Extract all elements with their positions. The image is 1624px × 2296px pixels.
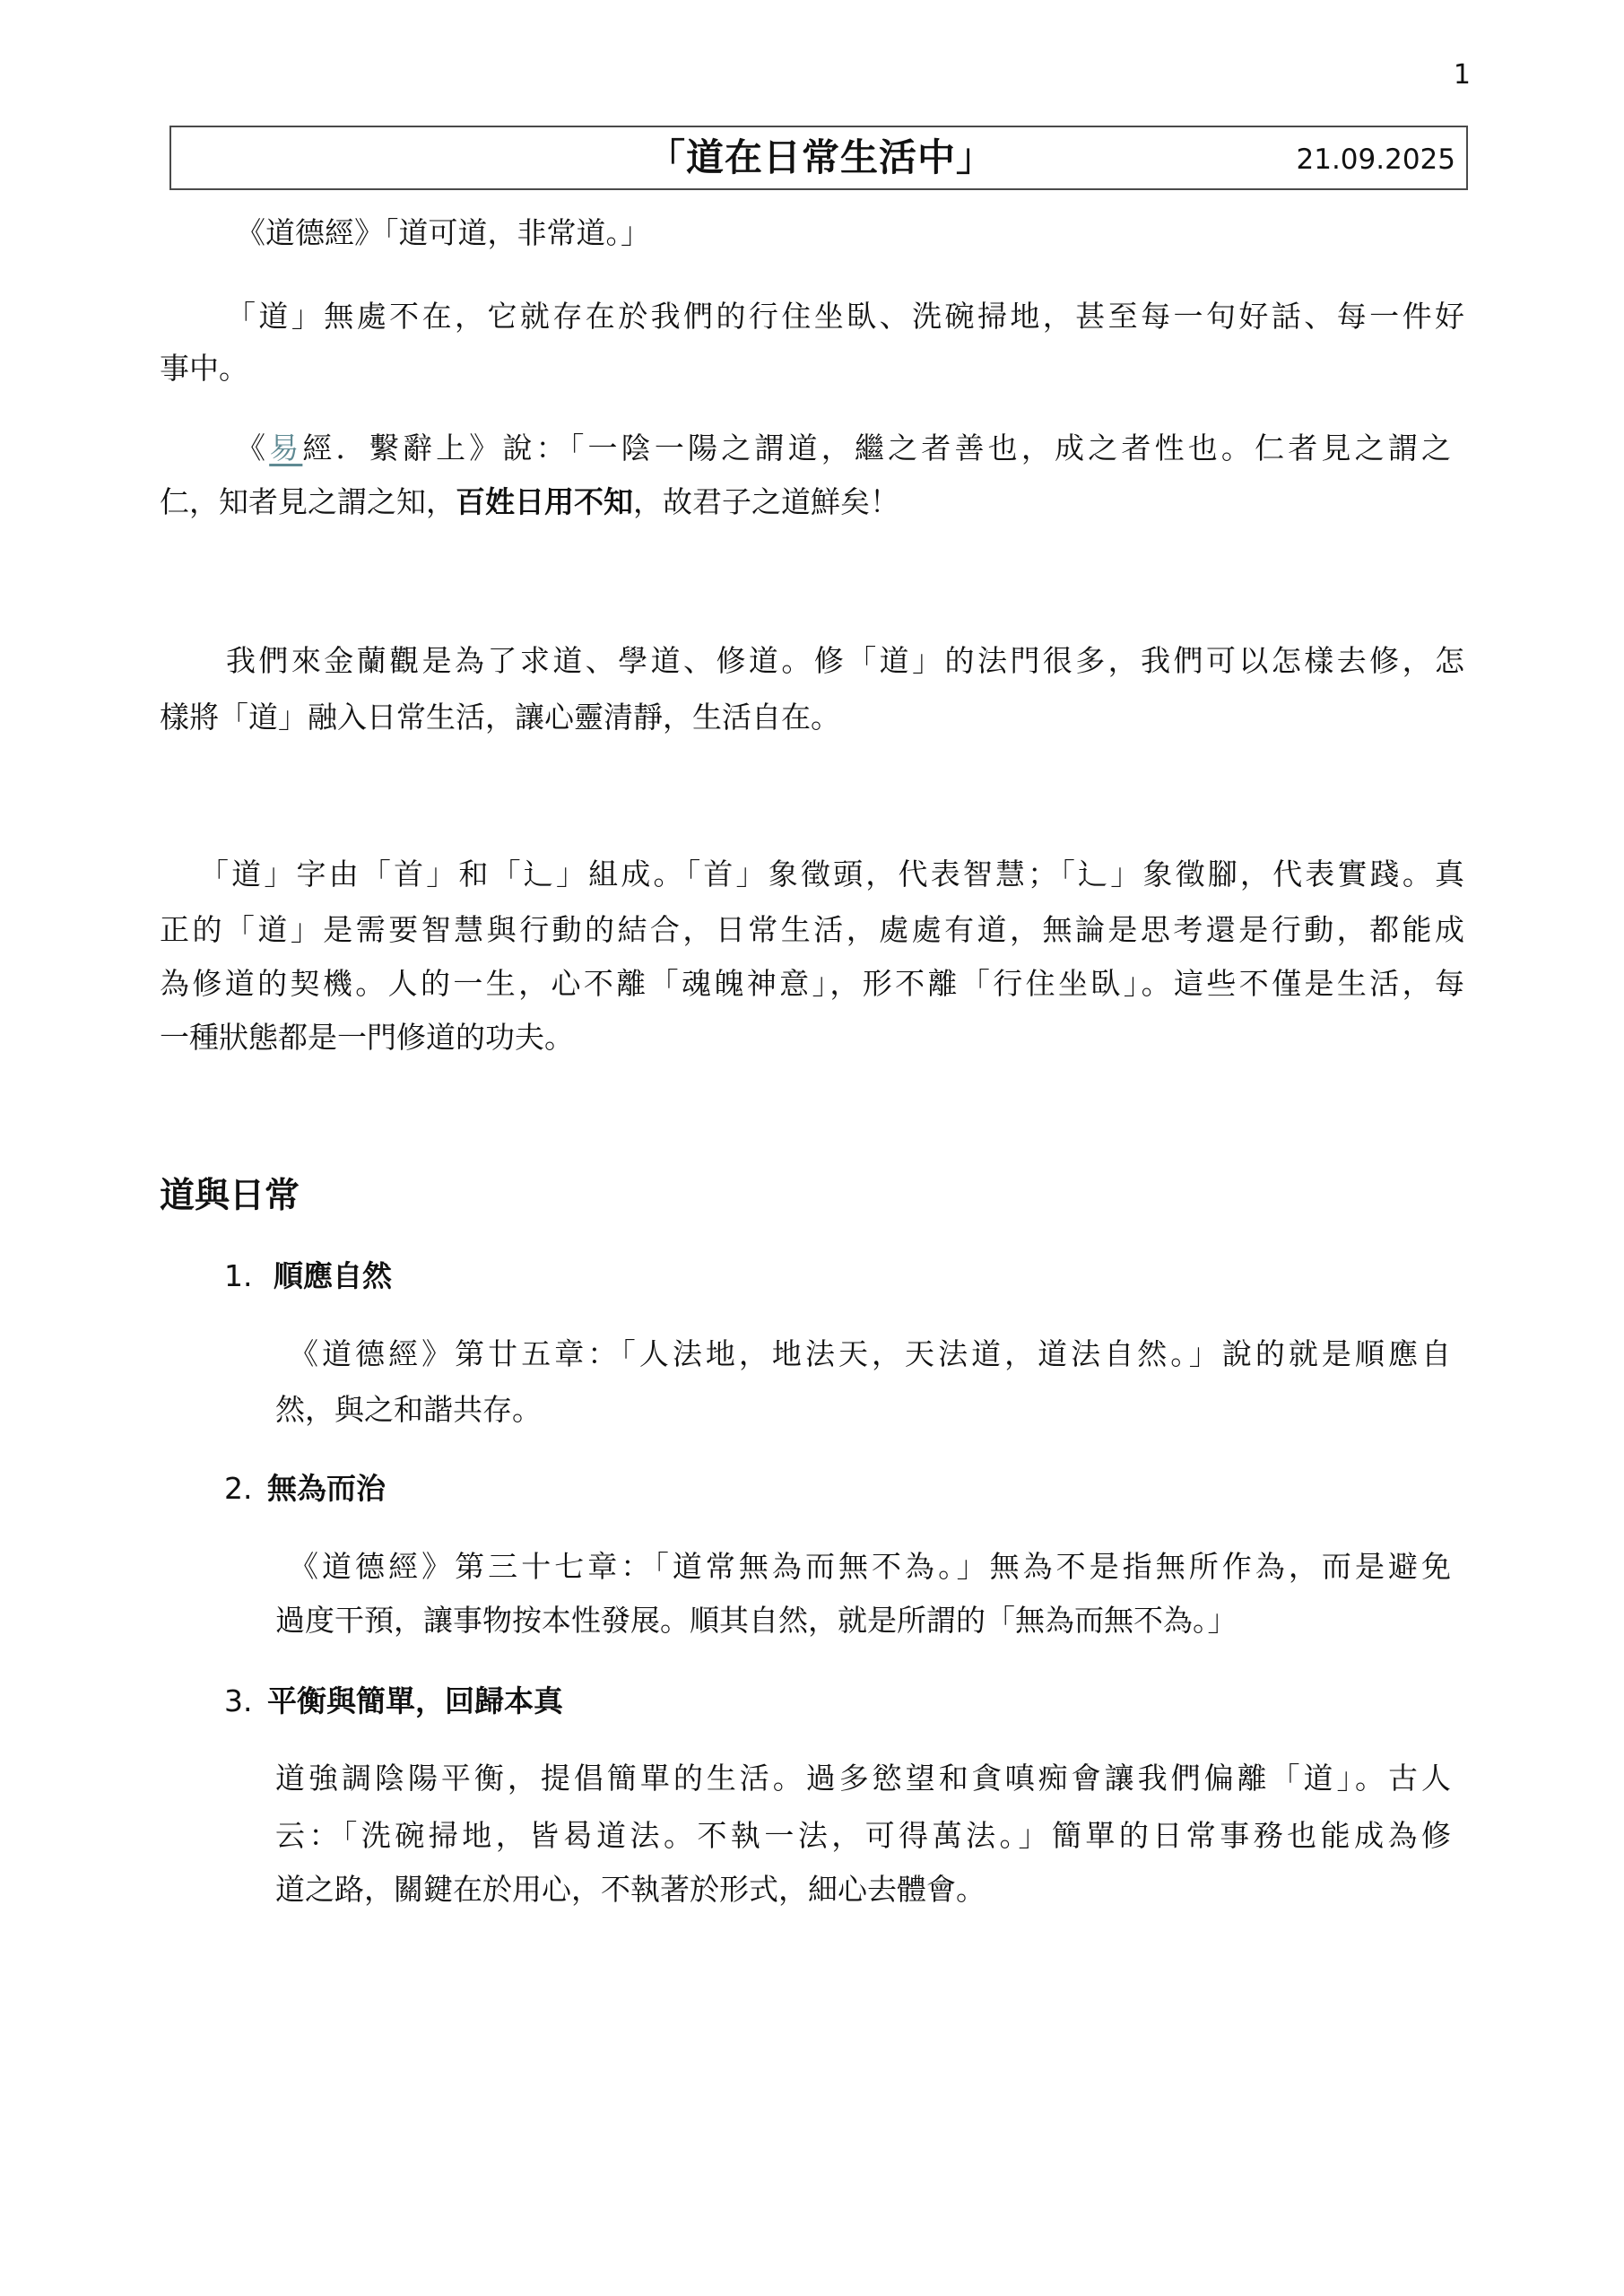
text-line: 仁，知者見之謂之知，百姓日用不知，故君子之道鮮矣！: [160, 480, 899, 525]
text-segment: 仁，知者見之謂之知，: [160, 484, 456, 519]
text-segment: ，故君子之道鮮矣！: [633, 484, 899, 519]
text-line: 「道」無處不在，它就存在於我們的行住坐臥、洗碗掃地，甚至每一句好話、每一件好: [226, 294, 1464, 339]
text-line: 道強調陰陽平衡，提倡簡單的生活。過多慾望和貪嗔痴會讓我們偏離「道」。古人: [275, 1756, 1451, 1801]
text-line: 事中。: [160, 346, 248, 391]
text-line: 正的「道」是需要智慧與行動的結合，日常生活，處處有道，無論是思考還是行動，都能成: [160, 908, 1464, 952]
text-line: 為修道的契機。人的一生，心不離「魂魄神意」，形不離「行住坐臥」。這些不僅是生活，…: [160, 961, 1464, 1006]
list-item-label: 順應自然: [274, 1254, 392, 1299]
title-box: 「道在日常生活中」 21.09.2025: [169, 126, 1468, 190]
text-line: 《道德經》第三十七章：「道常無為而無不為。」無為不是指無所作為，而是避免: [289, 1544, 1451, 1589]
list-item-label: 無為而治: [267, 1466, 386, 1511]
list-item-number: 3.: [224, 1679, 253, 1724]
text-line: 《易經．繫辭上》說：「一陰一陽之謂道，繼之者善也，成之者性也。仁者見之謂之: [236, 426, 1451, 471]
page-title: 「道在日常生活中」: [647, 133, 1006, 183]
list-item-title: 1. 順應自然: [224, 1254, 583, 1299]
yi-link[interactable]: 易: [269, 430, 302, 465]
text-line: 樣將「道」融入日常生活，讓心靈清靜，生活自在。: [160, 695, 840, 740]
list-item-label: 平衡與簡單，回歸本真: [267, 1679, 563, 1724]
page-number: 1: [1444, 57, 1471, 93]
text-line: 「道」字由「首」和「⻌」組成。「首」象徵頭，代表智慧；「⻌」象徵腳，代表實踐。真: [199, 852, 1464, 897]
list-item-title: 2. 無為而治: [224, 1466, 583, 1511]
text-line: 云：「洗碗掃地，皆曷道法。不執一法，可得萬法。」簡單的日常事務也能成為修: [275, 1813, 1451, 1858]
bold-phrase: 百姓日用不知: [456, 484, 633, 519]
document-date: 21.09.2025: [1297, 142, 1456, 178]
text-segment: 經．繫辭上》說：「一陰一陽之謂道，繼之者善也，成之者性也。仁者見之謂之: [302, 430, 1451, 465]
text-line: 過度干預，讓事物按本性發展。順其自然，就是所謂的「無為而無不為。」: [275, 1598, 1238, 1643]
text-line: 《道德經》第廿五章：「人法地，地法天，天法道，道法自然。」說的就是順應自: [289, 1332, 1451, 1377]
text-line: 一種狀態都是一門修道的功夫。: [160, 1015, 574, 1060]
text-segment: 《: [236, 430, 269, 465]
text-line: 然，與之和諧共存。: [275, 1387, 542, 1432]
text-line: 我們來金蘭觀是為了求道、學道、修道。修「道」的法門很多，我們可以怎樣去修，怎: [226, 639, 1464, 683]
text-line: 道之路，關鍵在於用心，不執著於形式，細心去體會。: [275, 1867, 986, 1912]
section-heading: 道與日常: [160, 1171, 300, 1222]
list-item-number: 2.: [224, 1466, 253, 1511]
text-line: 《道德經》「道可道，非常道。」: [236, 211, 650, 256]
list-item-number: 1.: [224, 1254, 253, 1299]
list-item-title: 3. 平衡與簡單，回歸本真: [224, 1679, 762, 1724]
